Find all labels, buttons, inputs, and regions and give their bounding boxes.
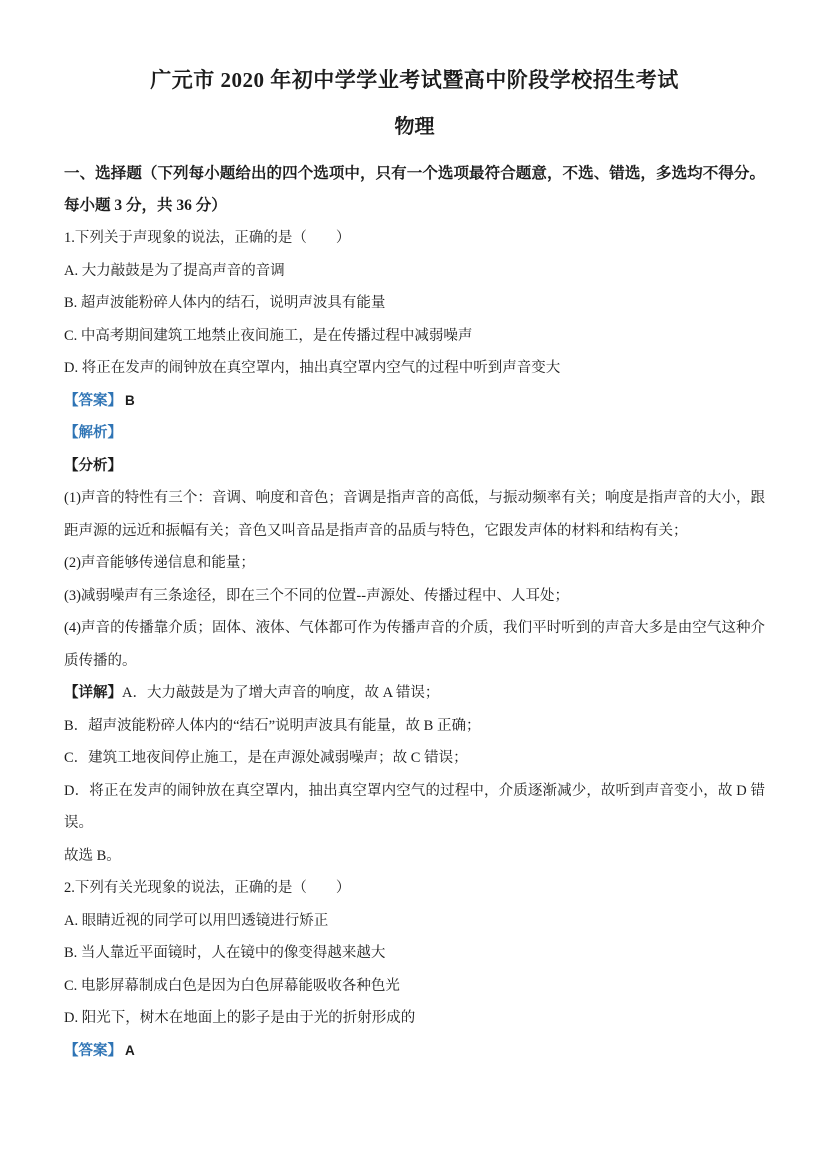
q1-detail-label: 【详解】 — [64, 685, 122, 701]
document-body: 1.下列关于声现象的说法，正确的是（ ） A. 大力敲鼓是为了提高声音的音调 B… — [64, 222, 765, 1067]
q1-detail-d: D．将正在发声的闹钟放在真空罩内，抽出真空罩内空气的过程中，介质逐渐减少，故听到… — [64, 775, 765, 840]
q1-analysis-2: (2)声音能够传递信息和能量； — [64, 547, 765, 580]
q1-stem: 1.下列关于声现象的说法，正确的是（ ） — [64, 222, 765, 255]
doc-title: 广元市 2020 年初中学学业考试暨高中阶段学校招生考试 — [64, 62, 765, 98]
q2-answer-value: A — [125, 1043, 135, 1058]
q2-answer-line: 【答案】A — [64, 1035, 765, 1068]
q1-fenxi-line: 【分析】 — [64, 450, 765, 483]
q2-option-d: D. 阳光下，树木在地面上的影子是由于光的折射形成的 — [64, 1002, 765, 1035]
q2-option-c: C. 电影屏幕制成白色是因为白色屏幕能吸收各种色光 — [64, 970, 765, 1003]
q1-option-a: A. 大力敲鼓是为了提高声音的音调 — [64, 255, 765, 288]
q1-detail-c: C．建筑工地夜间停止施工，是在声源处减弱噪声；故 C 错误； — [64, 742, 765, 775]
q1-analysis-3: (3)减弱噪声有三条途径，即在三个不同的位置--声源处、传播过程中、人耳处； — [64, 580, 765, 613]
q2-option-b: B. 当人靠近平面镜时，人在镜中的像变得越来越大 — [64, 937, 765, 970]
q1-analysis-4: (4)声音的传播靠介质；固体、液体、气体都可作为传播声音的介质，我们平时听到的声… — [64, 612, 765, 677]
q1-answer-label: 【答案】 — [64, 393, 122, 409]
q1-jiexi-label: 【解析】 — [64, 425, 122, 441]
q1-detail-a: 【详解】A．大力敲鼓是为了增大声音的响度，故 A 错误； — [64, 677, 765, 710]
q1-detail-a-text: A．大力敲鼓是为了增大声音的响度，故 A 错误； — [122, 685, 439, 701]
q1-conclusion: 故选 B。 — [64, 840, 765, 873]
q1-answer-value: B — [125, 393, 135, 408]
q1-option-c: C. 中高考期间建筑工地禁止夜间施工，是在传播过程中减弱噪声 — [64, 320, 765, 353]
section-heading: 一、选择题（下列每小题给出的四个选项中，只有一个选项最符合题意，不选、错选，多选… — [64, 158, 765, 222]
q2-option-a: A. 眼睛近视的同学可以用凹透镜进行矫正 — [64, 905, 765, 938]
q1-jiexi-line: 【解析】 — [64, 417, 765, 450]
q2-stem: 2.下列有关光现象的说法，正确的是（ ） — [64, 872, 765, 905]
q1-analysis-1: (1)声音的特性有三个：音调、响度和音色；音调是指声音的高低，与振动频率有关；响… — [64, 482, 765, 547]
q1-fenxi-label: 【分析】 — [64, 458, 122, 474]
q1-option-d: D. 将正在发声的闹钟放在真空罩内，抽出真空罩内空气的过程中听到声音变大 — [64, 352, 765, 385]
exam-document-page: 广元市 2020 年初中学学业考试暨高中阶段学校招生考试 物理 一、选择题（下列… — [0, 0, 827, 1169]
q1-answer-line: 【答案】B — [64, 385, 765, 418]
q1-option-b: B. 超声波能粉碎人体内的结石，说明声波具有能量 — [64, 287, 765, 320]
q2-answer-label: 【答案】 — [64, 1043, 122, 1059]
q1-detail-b: B．超声波能粉碎人体内的“结石”说明声波具有能量，故 B 正确； — [64, 710, 765, 743]
doc-subject: 物理 — [64, 110, 765, 144]
